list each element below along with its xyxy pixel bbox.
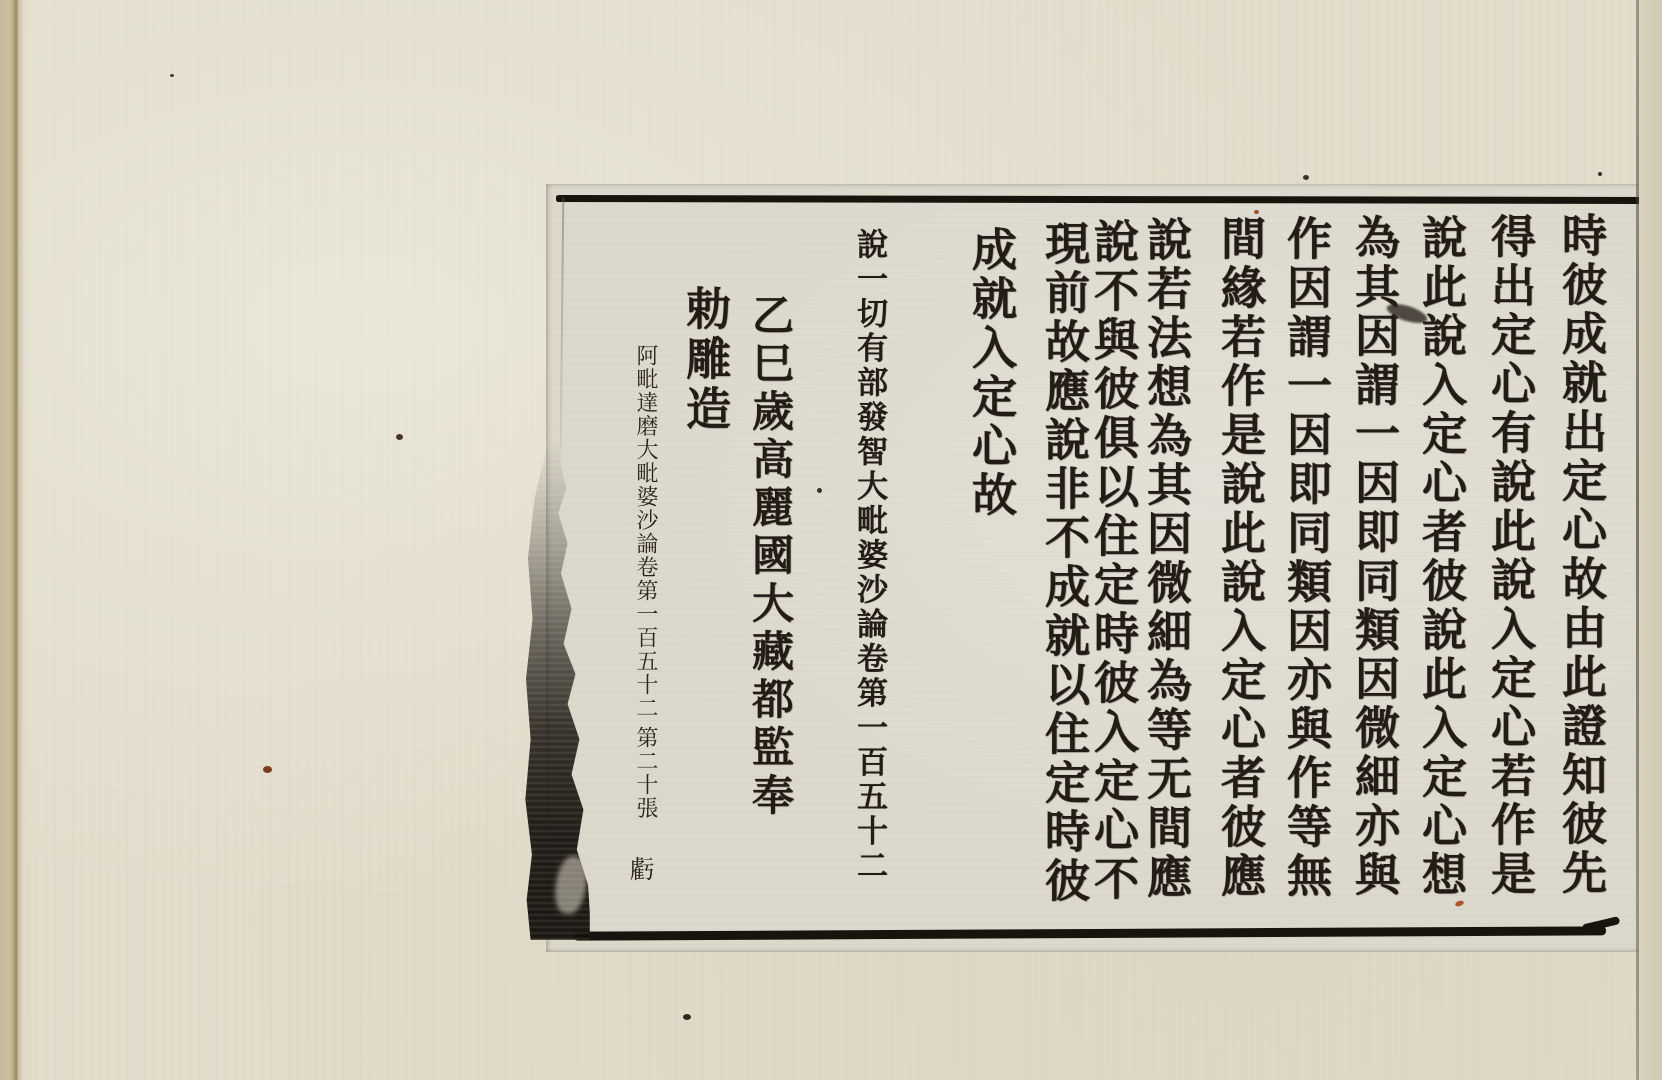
colophon-continuation-column: 勅雕造 [682,285,727,435]
text-column-9: 現前故應說非不成就以住定時彼 [1041,220,1086,906]
page-right-margin [1639,0,1662,1080]
text-column-2: 得出定心有說此說入定心若作是 [1487,213,1532,899]
paper-speck [1303,175,1309,180]
text-column-4: 為其因謂一因即同類因微細亦與 [1351,214,1396,900]
scanned-page: 時彼成就出定心故由此證知彼先 得出定心有說此說入定心若作是 說此說入定心者彼說此… [0,0,1662,1080]
carver-mark: 虧 [628,856,653,881]
text-column-5: 作因謂一因即同類因亦與作等無 [1283,215,1328,901]
paper-speck [872,453,877,458]
paper-speck [396,434,403,440]
paper-speck [170,74,174,77]
margin-title-column: 阿毗達磨大毗婆沙論卷第一百五十二 [634,344,656,720]
page-right-edge-line [1636,0,1639,1080]
text-column-6: 間緣若作是說此說入定心者彼應 [1217,215,1262,901]
text-column-8: 說不與彼俱以住定時彼入定心不 [1090,218,1135,904]
page-left-edge [0,0,26,1080]
paper-speck [817,488,822,493]
colophon-column: 乙巳歲高麗國大藏都監奉 [749,293,791,821]
paper-speck [263,766,272,773]
end-title-column: 說一切有部發智大毗婆沙論卷第一百五十二 [853,228,884,884]
paper-speck [1598,172,1602,176]
text-column-7: 說若法想為其因微細為等无間應 [1143,216,1188,902]
paper-speck [683,1014,691,1020]
sheet-number: 第二十張 [634,726,656,820]
text-column-10: 成就入定心故 [968,226,1013,520]
paper-speck [1254,210,1259,214]
text-column-1: 時彼成就出定心故由此證知彼先 [1558,212,1603,898]
